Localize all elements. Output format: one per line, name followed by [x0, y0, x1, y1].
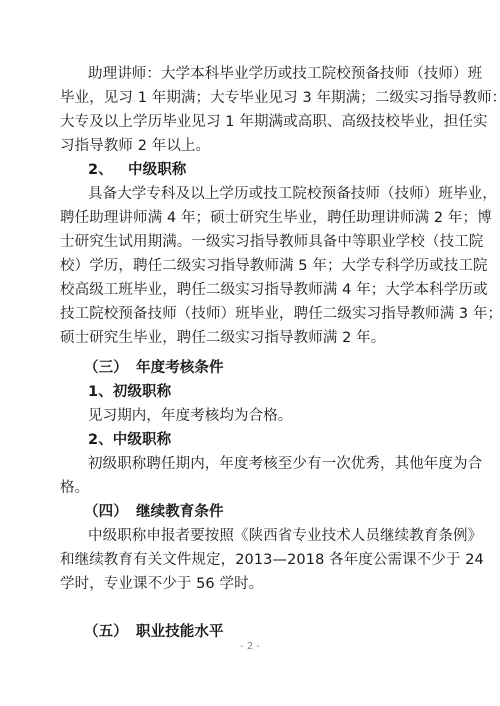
paragraph-line: 助理讲师：大学本科毕业学历或技工院校预备技师（技师）班	[88, 64, 482, 84]
paragraph-line: 初级职称聘任期内，年度考核至少有一次优秀，其他年度为合	[88, 454, 482, 474]
heading-text: 年度考核条件	[136, 360, 224, 376]
paragraph-line: 技工院校预备技师（技师）班毕业，聘任二级实习指导教师满 3 年；	[60, 304, 500, 324]
heading-intermediate-title: 2、中级职称	[88, 430, 171, 450]
heading-number: 1、	[88, 384, 113, 400]
heading-number: 2、	[88, 160, 128, 180]
heading-text: 中级职称	[128, 162, 186, 178]
paragraph-line: 和继续教育有关文件规定，2013—2018 各年度公需课不少于 24	[60, 550, 484, 570]
heading-text: 继续教育条件	[136, 504, 224, 520]
paragraph-line: 士研究生试用期满。一级实习指导教师具备中等职业学校（技工院	[60, 232, 483, 252]
paragraph-line: 学时，专业课不少于 56 学时。	[60, 574, 263, 594]
heading-number: 2、	[88, 432, 113, 448]
paragraph-line: 硕士研究生毕业，聘任二级实习指导教师满 2 年。	[60, 328, 385, 348]
paragraph-line: 见习期内，年度考核均为合格。	[88, 406, 292, 426]
document-page: 助理讲师：大学本科毕业学历或技工院校预备技师（技师）班 毕业，见习 1 年期满；…	[0, 0, 500, 706]
heading-text: 中级职称	[113, 432, 171, 448]
paragraph-line: 校高级工班毕业，聘任二级实习指导教师满 4 年；大学本科学历或	[60, 280, 488, 300]
paragraph-line: 中级职称申报者要按照《陕西省专业技术人员继续教育条例》	[88, 526, 482, 546]
paragraph-line: 聘任助理讲师满 4 年；硕士研究生毕业，聘任助理讲师满 2 年；博	[60, 208, 492, 228]
heading-number: （三）	[84, 358, 136, 378]
heading-intermediate-title: 2、中级职称	[88, 160, 186, 180]
paragraph-line: 习指导教师 2 年以上。	[60, 136, 210, 156]
heading-junior-title: 1、初级职称	[88, 382, 171, 402]
heading-text: 职业技能水平	[136, 624, 224, 640]
section-heading-annual-assessment: （三）年度考核条件	[84, 358, 224, 378]
section-heading-vocational-skills: （五）职业技能水平	[84, 622, 224, 642]
page-number: - 2 -	[0, 641, 500, 652]
heading-text: 初级职称	[113, 384, 171, 400]
paragraph-line: 校）学历，聘任二级实习指导教师满 5 年；大学专科学历或技工院	[60, 256, 488, 276]
section-heading-continuing-education: （四）继续教育条件	[84, 502, 224, 522]
paragraph-line: 具备大学专科及以上学历或技工院校预备技师（技师）班毕业，	[88, 184, 497, 204]
heading-number: （五）	[84, 622, 136, 642]
paragraph-line: 毕业，见习 1 年期满；大专毕业见习 3 年期满；二级实习指导教师：	[60, 88, 500, 108]
heading-number: （四）	[84, 502, 136, 522]
paragraph-line: 格。	[60, 478, 89, 498]
paragraph-line: 大专及以上学历毕业见习 1 年期满或高职、高级技校毕业，担任实	[60, 112, 488, 132]
